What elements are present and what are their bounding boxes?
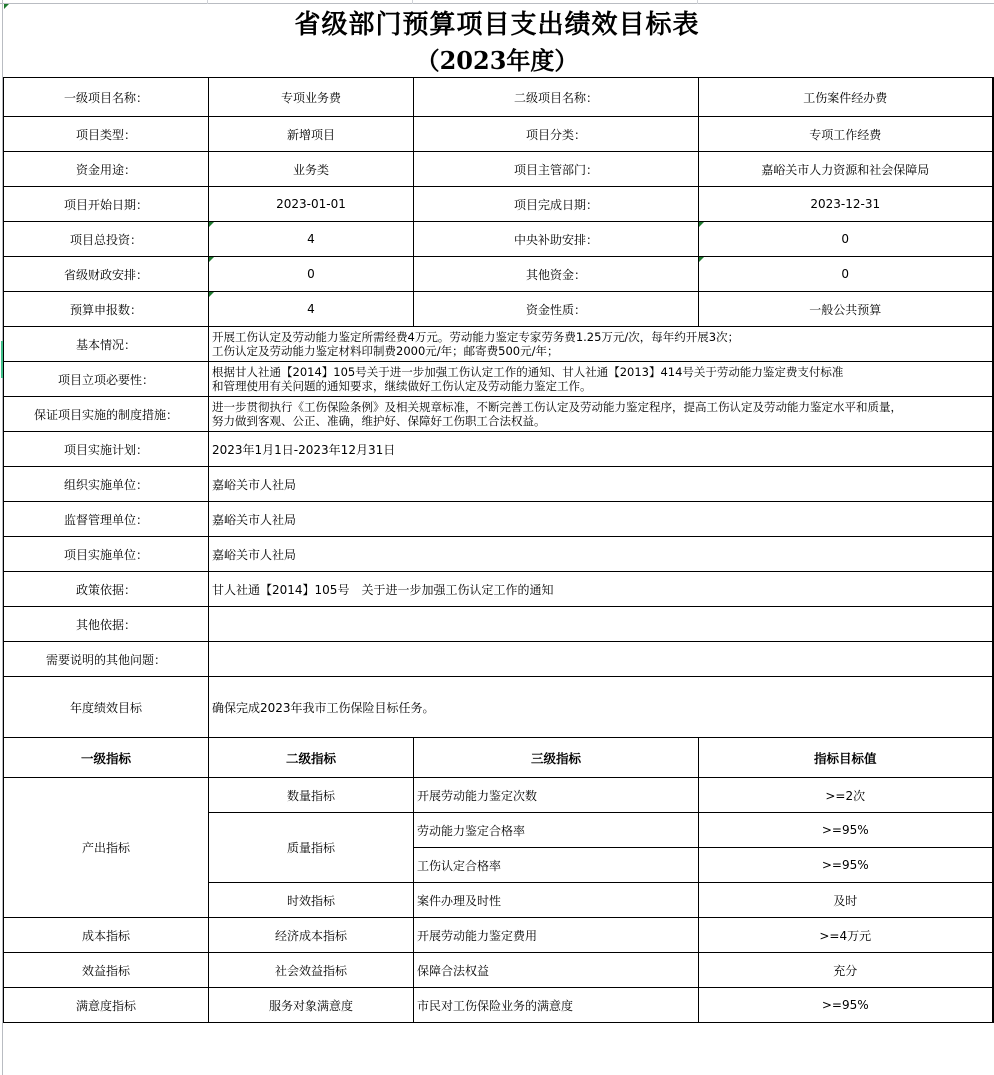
level2-cell[interactable]: 服务对象满意度 xyxy=(209,988,414,1023)
label-cell[interactable]: 预算申报数： xyxy=(4,292,209,327)
spreadsheet: 省级部门预算项目支出绩效目标表 （2023年度） 一级项目名称： 专项业务费 二… xyxy=(0,0,994,1075)
target-cell[interactable]: 及时 xyxy=(699,883,993,918)
single-row: 项目实施单位： 嘉峪关市人社局 xyxy=(4,537,993,572)
value-cell[interactable]: 确保完成2023年我市工伤保险目标任务。 xyxy=(209,677,993,738)
level3-cell[interactable]: 劳动能力鉴定合格率 xyxy=(414,813,699,848)
level2-cell[interactable]: 数量指标 xyxy=(209,778,414,813)
value-cell[interactable]: 嘉峪关市人社局 xyxy=(209,537,993,572)
label-cell[interactable]: 资金用途： xyxy=(4,152,209,187)
level2-cell[interactable]: 质量指标 xyxy=(209,813,414,883)
value-cell[interactable]: 甘人社通【2014】105号 关于进一步加强工伤认定工作的通知 xyxy=(209,572,993,607)
level2-cell[interactable]: 时效指标 xyxy=(209,883,414,918)
label-cell[interactable]: 二级项目名称： xyxy=(414,78,699,117)
cell-error-indicator-icon xyxy=(209,257,214,262)
value-cell[interactable]: 开展工伤认定及劳动能力鉴定所需经费4万元。劳动能力鉴定专家劳务费1.25万元/次… xyxy=(209,327,993,362)
single-row: 政策依据： 甘人社通【2014】105号 关于进一步加强工伤认定工作的通知 xyxy=(4,572,993,607)
label-cell[interactable]: 年度绩效目标 xyxy=(4,677,209,738)
sheet-title[interactable]: 省级部门预算项目支出绩效目标表 （2023年度） xyxy=(3,3,991,77)
label-cell[interactable]: 其他资金： xyxy=(414,257,699,292)
value-cell[interactable]: 0 xyxy=(699,222,993,257)
value-cell[interactable]: 新增项目 xyxy=(209,117,414,152)
text-row-measures: 保证项目实施的制度措施： 进一步贯彻执行《工伤保险条例》及相关规章标准，不断完善… xyxy=(4,397,993,432)
value-cell[interactable]: 工伤案件经办费 xyxy=(699,78,993,117)
label-cell[interactable]: 项目实施计划： xyxy=(4,432,209,467)
single-row: 其他依据： xyxy=(4,607,993,642)
header-target[interactable]: 指标目标值 xyxy=(699,738,993,778)
value-cell[interactable]: 嘉峪关市人社局 xyxy=(209,467,993,502)
level1-cell[interactable]: 成本指标 xyxy=(4,918,209,953)
label-cell[interactable]: 项目总投资： xyxy=(4,222,209,257)
value-cell[interactable]: 4 xyxy=(209,292,414,327)
value-cell[interactable]: 专项业务费 xyxy=(209,78,414,117)
value-cell[interactable]: 0 xyxy=(209,257,414,292)
label-cell[interactable]: 政策依据： xyxy=(4,572,209,607)
value-cell[interactable]: 专项工作经费 xyxy=(699,117,993,152)
value-cell[interactable]: 进一步贯彻执行《工伤保险条例》及相关规章标准，不断完善工伤认定及劳动能力鉴定程序… xyxy=(209,397,993,432)
value-cell[interactable]: 一般公共预算 xyxy=(699,292,993,327)
level2-cell[interactable]: 经济成本指标 xyxy=(209,918,414,953)
label-cell[interactable]: 一级项目名称： xyxy=(4,78,209,117)
text-line: 进一步贯彻执行《工伤保险条例》及相关规章标准，不断完善工伤认定及劳动能力鉴定程序… xyxy=(212,400,989,414)
single-row: 组织实施单位： 嘉峪关市人社局 xyxy=(4,467,993,502)
header-level2[interactable]: 二级指标 xyxy=(209,738,414,778)
level3-cell[interactable]: 工伤认定合格率 xyxy=(414,848,699,883)
target-cell[interactable]: >=95% xyxy=(699,848,993,883)
value-cell[interactable]: 2023年1月1日-2023年12月31日 xyxy=(209,432,993,467)
indicator-row: 效益指标 社会效益指标 保障合法权益 充分 xyxy=(4,953,993,988)
single-row: 项目实施计划： 2023年1月1日-2023年12月31日 xyxy=(4,432,993,467)
text-line: 开展工伤认定及劳动能力鉴定所需经费4万元。劳动能力鉴定专家劳务费1.25万元/次… xyxy=(212,330,989,344)
annual-goal-row: 年度绩效目标 确保完成2023年我市工伤保险目标任务。 xyxy=(4,677,993,738)
header-level1[interactable]: 一级指标 xyxy=(4,738,209,778)
level3-cell[interactable]: 开展劳动能力鉴定次数 xyxy=(414,778,699,813)
info-row: 项目总投资： 4 中央补助安排： 0 xyxy=(4,222,993,257)
text-line: 努力做到客观、公正、准确，维护好、保障好工伤职工合法权益。 xyxy=(212,414,989,428)
text-row-basic-situation: 基本情况： 开展工伤认定及劳动能力鉴定所需经费4万元。劳动能力鉴定专家劳务费1.… xyxy=(4,327,993,362)
value-text: 0 xyxy=(841,232,849,246)
label-cell[interactable]: 其他依据： xyxy=(4,607,209,642)
value-cell[interactable]: 根据甘人社通【2014】105号关于进一步加强工伤认定工作的通知、甘人社通【20… xyxy=(209,362,993,397)
label-cell[interactable]: 需要说明的其他问题： xyxy=(4,642,209,677)
label-cell[interactable]: 项目开始日期： xyxy=(4,187,209,222)
value-text: 0 xyxy=(841,267,849,281)
level1-cell[interactable]: 满意度指标 xyxy=(4,988,209,1023)
indicator-row: 成本指标 经济成本指标 开展劳动能力鉴定费用 >=4万元 xyxy=(4,918,993,953)
label-cell[interactable]: 省级财政安排： xyxy=(4,257,209,292)
info-row: 项目开始日期： 2023-01-01 项目完成日期： 2023-12-31 xyxy=(4,187,993,222)
info-row: 预算申报数： 4 资金性质： 一般公共预算 xyxy=(4,292,993,327)
label-cell[interactable]: 项目主管部门： xyxy=(414,152,699,187)
info-row: 项目类型： 新增项目 项目分类： 专项工作经费 xyxy=(4,117,993,152)
budget-table: 一级项目名称： 专项业务费 二级项目名称： 工伤案件经办费 项目类型： 新增项目… xyxy=(3,77,994,1023)
value-text: 4 xyxy=(307,302,315,316)
value-cell[interactable] xyxy=(209,642,993,677)
text-line: 和管理使用有关问题的通知要求，继续做好工伤认定及劳动能力鉴定工作。 xyxy=(212,379,989,393)
label-cell[interactable]: 基本情况： xyxy=(4,327,209,362)
text-row-necessity: 项目立项必要性： 根据甘人社通【2014】105号关于进一步加强工伤认定工作的通… xyxy=(4,362,993,397)
label-cell[interactable]: 保证项目实施的制度措施： xyxy=(4,397,209,432)
level2-cell[interactable]: 社会效益指标 xyxy=(209,953,414,988)
target-cell[interactable]: >=95% xyxy=(699,988,993,1023)
value-text: 0 xyxy=(307,267,315,281)
value-text: 4 xyxy=(307,232,315,246)
label-cell[interactable]: 组织实施单位： xyxy=(4,467,209,502)
text-line: 根据甘人社通【2014】105号关于进一步加强工伤认定工作的通知、甘人社通【20… xyxy=(212,365,989,379)
indicator-row: 满意度指标 服务对象满意度 市民对工伤保险业务的满意度 >=95% xyxy=(4,988,993,1023)
header-level3[interactable]: 三级指标 xyxy=(414,738,699,778)
level3-cell[interactable]: 市民对工伤保险业务的满意度 xyxy=(414,988,699,1023)
single-row: 监督管理单位： 嘉峪关市人社局 xyxy=(4,502,993,537)
info-row: 省级财政安排： 0 其他资金： 0 xyxy=(4,257,993,292)
label-cell[interactable]: 资金性质： xyxy=(414,292,699,327)
label-cell[interactable]: 项目立项必要性： xyxy=(4,362,209,397)
level3-cell[interactable]: 开展劳动能力鉴定费用 xyxy=(414,918,699,953)
level1-cell[interactable]: 产出指标 xyxy=(4,778,209,918)
title-line-2: （2023年度） xyxy=(3,45,991,77)
label-cell[interactable]: 项目分类： xyxy=(414,117,699,152)
value-cell[interactable]: 2023-01-01 xyxy=(209,187,414,222)
level3-cell[interactable]: 保障合法权益 xyxy=(414,953,699,988)
indicator-header-row: 一级指标 二级指标 三级指标 指标目标值 xyxy=(4,738,993,778)
target-cell[interactable]: >=95% xyxy=(699,813,993,848)
target-cell[interactable]: >=2次 xyxy=(699,778,993,813)
label-cell[interactable]: 项目实施单位： xyxy=(4,537,209,572)
info-row: 资金用途： 业务类 项目主管部门： 嘉峪关市人力资源和社会保障局 xyxy=(4,152,993,187)
value-cell[interactable]: 2023-12-31 xyxy=(699,187,993,222)
info-row: 一级项目名称： 专项业务费 二级项目名称： 工伤案件经办费 xyxy=(4,78,993,117)
single-row: 需要说明的其他问题： xyxy=(4,642,993,677)
text-line: 工伤认定及劳动能力鉴定材料印制费2000元/年；邮寄费500元/年； xyxy=(212,344,989,358)
value-cell[interactable]: 嘉峪关市人社局 xyxy=(209,502,993,537)
level3-cell[interactable]: 案件办理及时性 xyxy=(414,883,699,918)
value-cell[interactable] xyxy=(209,607,993,642)
label-cell[interactable]: 项目完成日期： xyxy=(414,187,699,222)
target-cell[interactable]: 充分 xyxy=(699,953,993,988)
cell-error-indicator-icon xyxy=(699,222,704,227)
label-cell[interactable]: 中央补助安排： xyxy=(414,222,699,257)
value-cell[interactable]: 4 xyxy=(209,222,414,257)
level1-cell[interactable]: 效益指标 xyxy=(4,953,209,988)
cell-error-indicator-icon xyxy=(209,292,214,297)
cell-error-indicator-icon xyxy=(4,4,9,9)
indicator-row: 产出指标 数量指标 开展劳动能力鉴定次数 >=2次 xyxy=(4,778,993,813)
value-cell[interactable]: 业务类 xyxy=(209,152,414,187)
target-cell[interactable]: >=4万元 xyxy=(699,918,993,953)
cell-error-indicator-icon xyxy=(209,222,214,227)
value-cell[interactable]: 嘉峪关市人力资源和社会保障局 xyxy=(699,152,993,187)
label-cell[interactable]: 项目类型： xyxy=(4,117,209,152)
title-line-1: 省级部门预算项目支出绩效目标表 xyxy=(3,3,991,45)
value-cell[interactable]: 0 xyxy=(699,257,993,292)
label-cell[interactable]: 监督管理单位： xyxy=(4,502,209,537)
cell-error-indicator-icon xyxy=(699,257,704,262)
